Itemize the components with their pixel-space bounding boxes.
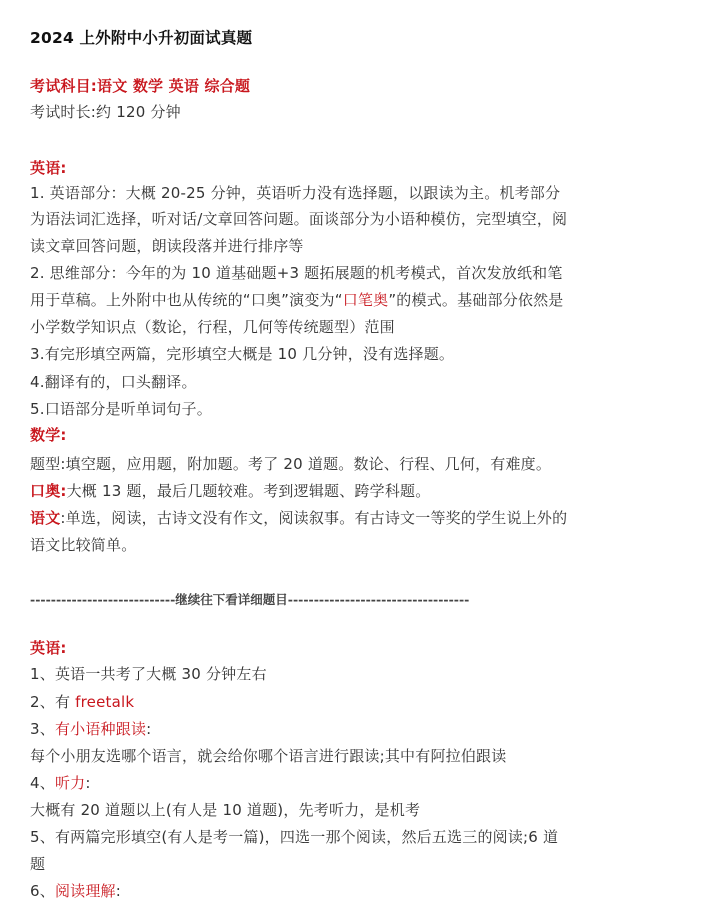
chinese-text1: :单选，阅读，古诗文没有作文，阅读叙事。有古诗文一等奖的学生说上外的	[60, 509, 567, 527]
english-item2-line2: 用于草稿。上外附中也从传统的“口奥”演变为“口笔奥”的模式。基础部分依然是	[30, 290, 564, 310]
chinese-line1: 语文:单选，阅读，古诗文没有作文，阅读叙事。有古诗文一等奖的学生说上外的	[30, 508, 567, 528]
details-english-item4: 4、听力:	[30, 773, 91, 793]
english-item3: 3.有完形填空两篇，完形填空大概是 10 几分钟，没有选择题。	[30, 344, 454, 364]
exam-duration: 考试时长:约 120 分钟	[30, 102, 181, 122]
english-item1-line3: 读文章回答问题，朗读段落并进行排序等	[30, 236, 304, 256]
english-item2-line1: 2. 思维部分：今年的为 10 道基础题+3 题拓展题的机考模式，首次发放纸和笔	[30, 263, 563, 283]
details-english-item3-post: :	[146, 720, 151, 738]
kouao-line: 口奥:大概 13 题，最后几题较难。考到逻辑题、跨学科题。	[30, 481, 430, 501]
math-line: 题型:填空题，应用题，附加题。考了 20 道题。数论、行程、几何，有难度。	[30, 454, 551, 474]
highlight-minor-language: 有小语种跟读	[55, 720, 146, 738]
kouao-label: 口奥:	[30, 482, 67, 500]
details-heading-english: 英语:	[30, 638, 67, 658]
details-english-item6: 6、阅读理解:	[30, 881, 121, 901]
english-item2-line2-post: ”的模式。基础部分依然是	[388, 291, 563, 309]
section-heading-english: 英语:	[30, 158, 67, 178]
details-english-item2: 2、有 freetalk	[30, 692, 134, 712]
chinese-label: 语文	[30, 509, 60, 527]
details-english-item5-line2: 题	[30, 854, 45, 874]
highlight-freetalk: freetalk	[75, 693, 134, 711]
details-english-item6-post: :	[116, 882, 121, 900]
details-english-item4-body: 大概有 20 道题以上(有人是 10 道题)，先考听力，是机考	[30, 800, 420, 820]
english-item1-line1: 1. 英语部分：大概 20-25 分钟，英语听力没有选择题，以跟读为主。机考部分	[30, 183, 560, 203]
chinese-line2: 语文比较简单。	[30, 535, 136, 555]
details-english-item3: 3、有小语种跟读:	[30, 719, 151, 739]
details-english-item1: 1、英语一共考了大概 30 分钟左右	[30, 664, 267, 684]
details-english-item3-pre: 3、	[30, 720, 55, 738]
english-item2-line2-pre: 用于草稿。上外附中也从传统的“口奥”演变为“	[30, 291, 343, 309]
highlight-kou-bi-ao: 口笔奥	[343, 291, 389, 309]
english-item5: 5.口语部分是听单词句子。	[30, 399, 212, 419]
details-english-item3-body: 每个小朋友选哪个语言，就会给你哪个语言进行跟读;其中有阿拉伯跟读	[30, 746, 506, 766]
highlight-listening: 听力	[55, 774, 85, 792]
page-title: 2024 上外附中小升初面试真题	[30, 28, 252, 48]
english-item1-line2: 为语法词汇选择，听对话/文章回答问题。面谈部分为小语种模仿，完型填空，阅	[30, 209, 567, 229]
details-english-item4-pre: 4、	[30, 774, 55, 792]
highlight-reading-comprehension: 阅读理解	[55, 882, 116, 900]
details-english-item6-pre: 6、	[30, 882, 55, 900]
exam-subjects: 考试科目:语文 数学 英语 综合题	[30, 76, 250, 96]
kouao-text: 大概 13 题，最后几题较难。考到逻辑题、跨学科题。	[67, 482, 431, 500]
details-english-item5-line1: 5、有两篇完形填空(有人是考一篇)，四选一那个阅读，然后五选三的阅读;6 道	[30, 827, 558, 847]
english-item4: 4.翻译有的，口头翻译。	[30, 372, 197, 392]
section-divider: ----------------------------继续往下看详细题目---…	[30, 590, 469, 610]
details-english-item4-post: :	[85, 774, 90, 792]
details-english-item2-pre: 2、有	[30, 693, 75, 711]
english-item2-line3: 小学数学知识点（数论，行程，几何等传统题型）范围	[30, 317, 395, 337]
section-heading-math: 数学:	[30, 425, 67, 445]
